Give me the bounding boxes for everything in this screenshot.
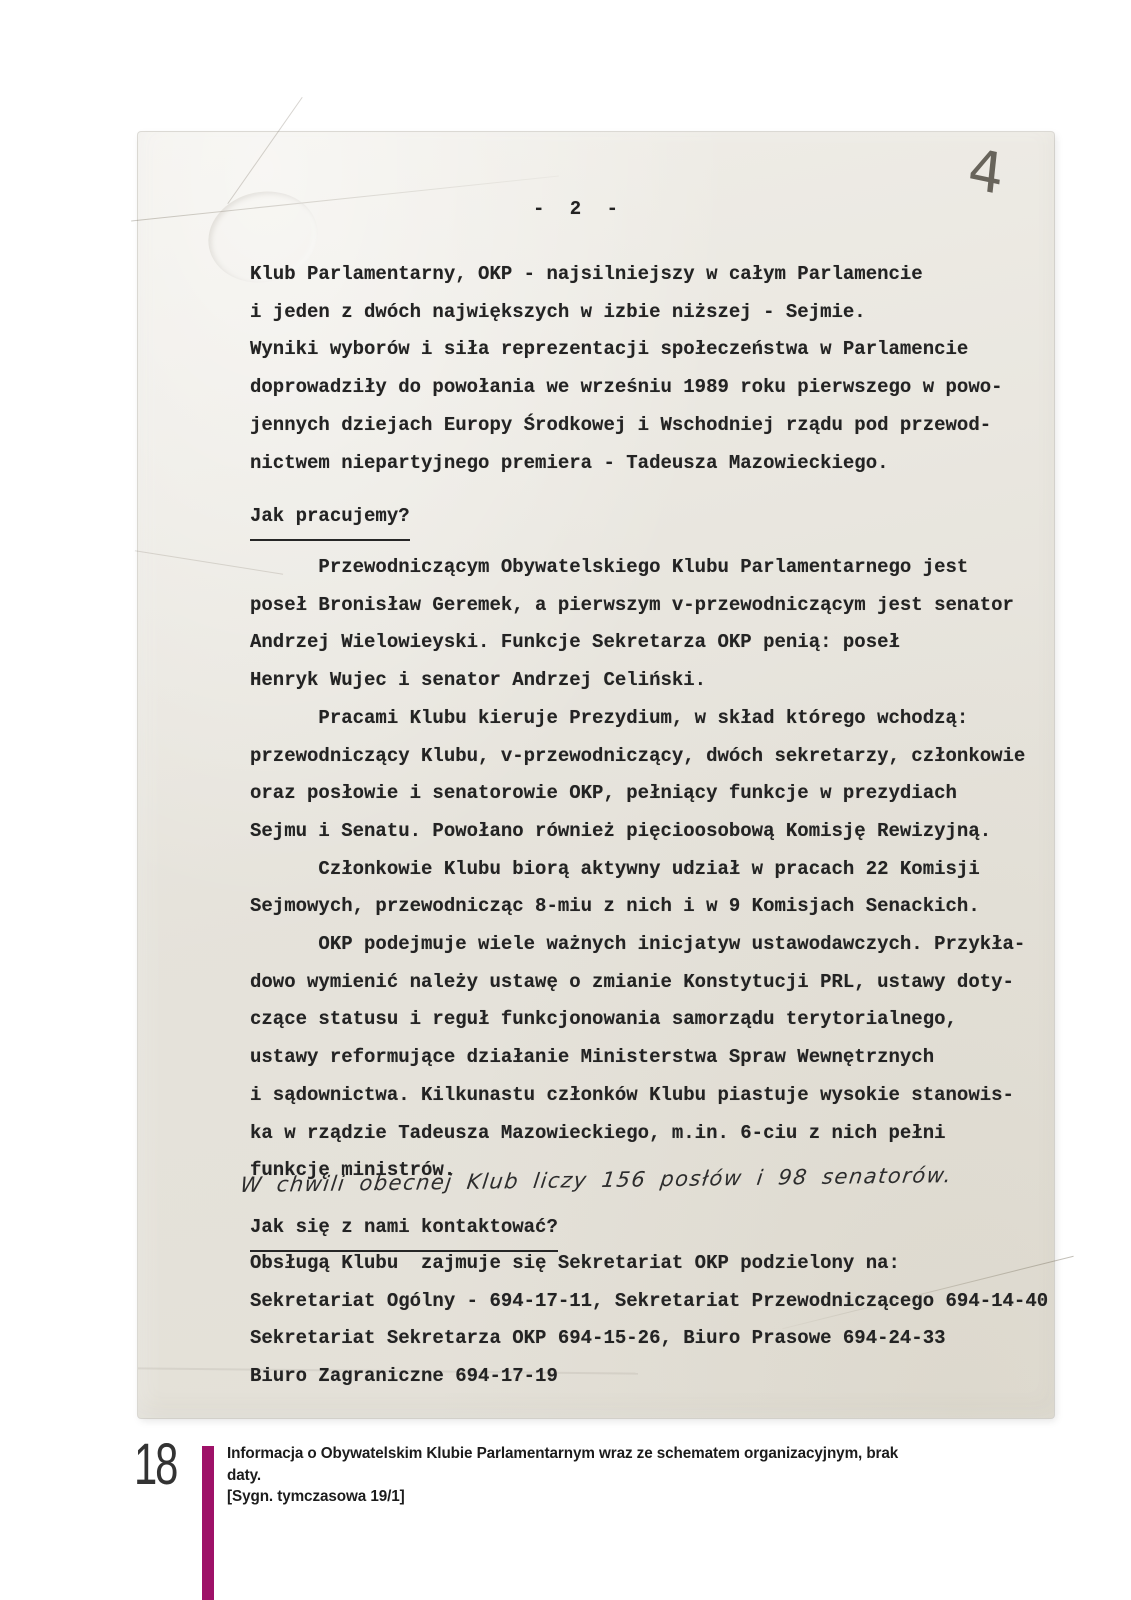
text-line: Sekretariat Sekretarza OKP 694-15-26, Bi… [250,1320,1048,1358]
text-line: Klub Parlamentarny, OKP - najsilniejszy … [250,256,1003,294]
text-line: doprowadziły do powołania we wrześniu 19… [250,369,1003,407]
scanned-document-page: 4 - 2 - Klub Parlamentarny, OKP - najsil… [138,132,1054,1418]
text-line: i sądownictwa. Kilkunastu członków Klubu… [250,1077,1025,1115]
paper-crease [227,97,302,204]
text-line: czące statusu i reguł funkcjonowania sam… [250,1001,1025,1039]
text-line: Sejmu i Senatu. Powołano również pięcioo… [250,813,1025,851]
text-line: przewodniczący Klubu, v-przewodniczący, … [250,738,1025,776]
text-line: OKP podejmuje wiele ważnych inicjatyw us… [250,926,1025,964]
text-line: Sejmowych, przewodnicząc 8-miu z nich i … [250,888,1025,926]
text-line: Przewodniczącym Obywatelskiego Klubu Par… [250,549,1025,587]
text-line: Obsługą Klubu zajmuje się Sekretariat OK… [250,1245,1048,1283]
intro-paragraph: Klub Parlamentarny, OKP - najsilniejszy … [250,256,1003,482]
catalog-item-number: 18 [134,1436,176,1494]
page-canvas: 4 - 2 - Klub Parlamentarny, OKP - najsil… [0,0,1131,1600]
heading-text: Jak pracujemy? [250,498,410,541]
text-line: Członkowie Klubu biorą aktywny udział w … [250,851,1025,889]
catalog-accent-bar [202,1446,214,1600]
text-line: Andrzej Wielowieyski. Funkcje Sekretarza… [250,624,1025,662]
page-number: - 2 - [533,191,618,229]
text-line: ustawy reformujące działanie Ministerstw… [250,1039,1025,1077]
text-line: nictwem niepartyjnego premiera - Tadeusz… [250,445,1003,483]
text-line: Henryk Wujec i senator Andrzej Celiński. [250,662,1025,700]
paper-crease [131,176,559,222]
caption-line: [Sygn. tymczasowa 19/1] [227,1486,936,1508]
text-line: ka w rządzie Tadeusza Mazowieckiego, m.i… [250,1115,1025,1153]
section-body-kontakt: Obsługą Klubu zajmuje się Sekretariat OK… [250,1245,1048,1396]
text-line: Biuro Zagraniczne 694-17-19 [250,1358,1048,1396]
text-line: oraz posłowie i senatorowie OKP, pełniąc… [250,775,1025,813]
text-line: Wyniki wyborów i siła reprezentacji społ… [250,331,1003,369]
catalog-caption: Informacja o Obywatelskim Klubie Parlame… [227,1443,936,1508]
text-line: dowo wymienić należy ustawę o zmianie Ko… [250,964,1025,1002]
text-line: Pracami Klubu kieruje Prezydium, w skład… [250,700,1025,738]
text-line: i jeden z dwóch największych w izbie niż… [250,294,1003,332]
text-line: Sekretariat Ogólny - 694-17-11, Sekretar… [250,1283,1048,1321]
text-line: poseł Bronisław Geremek, a pierwszym v-p… [250,587,1025,625]
section-heading-jak-pracujemy: Jak pracujemy? [250,498,410,541]
text-line: jennych dziejach Europy Środkowej i Wsch… [250,407,1003,445]
caption-line: Informacja o Obywatelskim Klubie Parlame… [227,1443,936,1486]
handwritten-corner-number: 4 [965,136,1007,208]
section-body-jak-pracujemy: Przewodniczącym Obywatelskiego Klubu Par… [250,549,1025,1190]
